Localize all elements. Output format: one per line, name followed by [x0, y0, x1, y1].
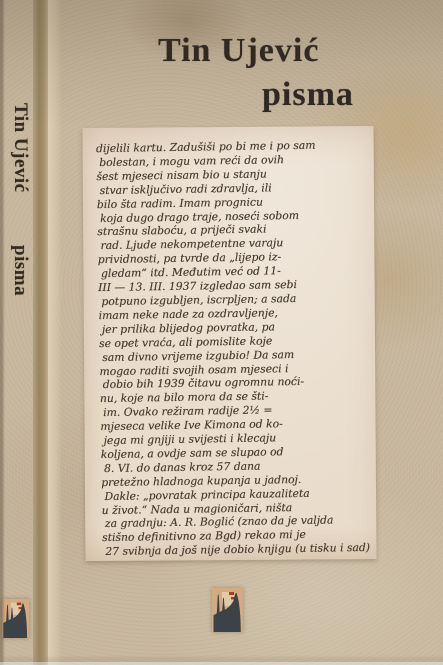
- book-cover: Tin Ujević pisma Tin Ujević pisma dijeli…: [0, 0, 443, 665]
- manuscript-page: dijelili kartu. Zadušiši po bi me i po s…: [82, 126, 376, 561]
- publisher-logo-spine: [2, 599, 29, 638]
- book-spine: [0, 0, 33, 665]
- publisher-logo-cover: [212, 588, 243, 632]
- cover-subtitle: pisma: [262, 76, 354, 114]
- manuscript-text: dijelili kartu. Zadušiši po bi me i po s…: [82, 126, 376, 559]
- spine-title-text: pisma: [9, 245, 31, 296]
- cover-author-title: Tin Ujević: [158, 32, 319, 70]
- front-cover: Tin Ujević pisma dijelili kartu. Zadušiš…: [62, 0, 443, 665]
- spine-hinge-groove: [33, 0, 48, 665]
- castle-silhouette-icon: [2, 599, 29, 638]
- manuscript-line: 27 svibnja da još nije dobio knjigu (u t…: [102, 541, 372, 559]
- castle-silhouette-icon: [212, 588, 243, 632]
- spine-author-text: Tin Ujević: [9, 103, 31, 193]
- spine-hinge-highlight: [48, 0, 62, 665]
